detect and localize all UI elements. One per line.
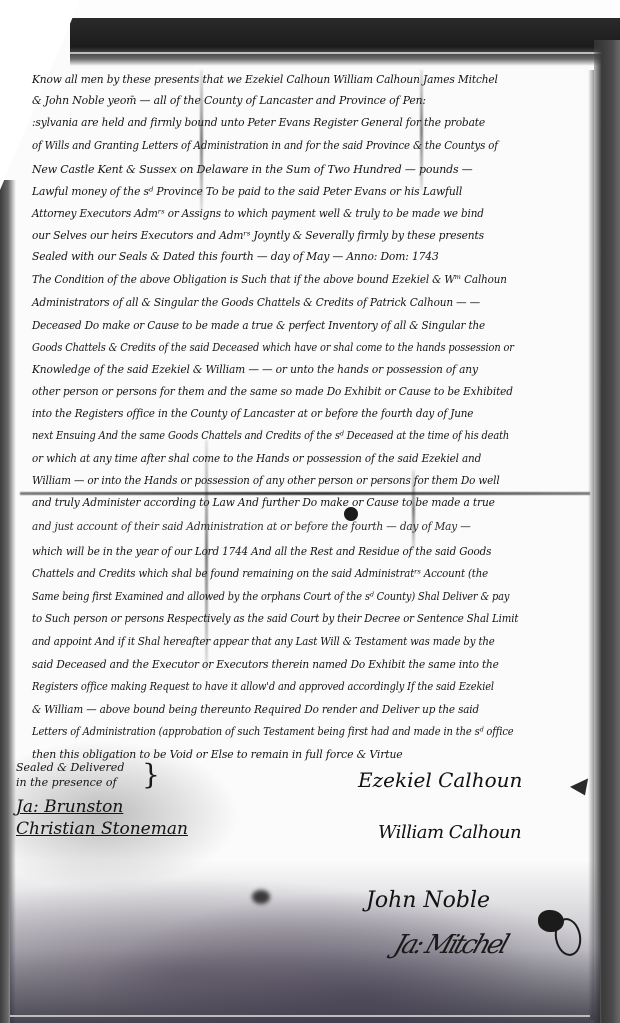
witness-signature: Ja: Brunston [16, 796, 236, 818]
text-line: Letters of Administration (approbation o… [32, 724, 514, 738]
witness-label: in the presence of [16, 775, 236, 790]
text-line: next Ensuing And the same Goods Chattels… [32, 428, 509, 442]
signature-william-calhoun: William Calhoun [378, 822, 521, 843]
brace-glyph: } [142, 760, 160, 790]
witness-block: Sealed & Delivered in the presence of } … [16, 760, 236, 840]
scanned-document: Know all men by these presents that we E… [0, 0, 620, 1023]
signature-john-noble: John Noble [366, 888, 490, 913]
text-line: Chattels and Credits which shal be found… [32, 566, 488, 580]
signature-ezekiel-calhoun: Ezekiel Calhoun [358, 768, 522, 792]
text-line: into the Registers office in the County … [32, 406, 473, 420]
text-line: of Wills and Granting Letters of Adminis… [32, 138, 498, 152]
text-line: which will be in the year of our Lord 17… [32, 544, 491, 558]
text-line: & John Noble yeom̄ — all of the County o… [32, 93, 426, 107]
paper-stain-bottom [10, 860, 600, 1023]
text-line: Attorney Executors Admʳˢ or Assigns to w… [32, 206, 484, 220]
text-line: then this obligation to be Void or Else … [32, 747, 403, 761]
text-line: Administrators of all & Singular the Goo… [32, 295, 480, 309]
scan-edge-line [70, 52, 610, 54]
condition-heading-line: The Condition of the above Obligation is… [32, 272, 507, 286]
text-line: or which at any time after shal come to … [32, 451, 481, 465]
text-line: Registers office making Request to have … [32, 679, 494, 693]
scan-shadow-band [70, 18, 620, 66]
text-line-faded: and just account of their said Administr… [32, 519, 471, 533]
scan-edge-line-bottom [10, 1015, 590, 1017]
signature-mark-mitchel: Ja: Mitchel [390, 930, 510, 960]
witness-signature: Christian Stoneman [16, 818, 236, 840]
text-line: New Castle Kent & Sussex on Delaware in … [32, 162, 473, 176]
text-line: William — or into the Hands or possessio… [32, 473, 500, 487]
text-line: said Deceased and the Executor or Execut… [32, 657, 499, 671]
text-line: and appoint And if it Shal hereafter app… [32, 634, 495, 648]
text-line: other person or persons for them and the… [32, 384, 513, 398]
text-line: our Selves our heirs Executors and Admʳˢ… [32, 228, 484, 242]
text-line: Deceased Do make or Cause to be made a t… [32, 318, 485, 332]
text-line: Same being first Examined and allowed by… [32, 589, 509, 603]
witness-label: Sealed & Delivered [16, 760, 236, 775]
text-line: and truly Administer according to Law An… [32, 495, 495, 509]
text-line: :sylvania are held and firmly bound unto… [32, 115, 485, 129]
scan-margin-top [0, 0, 620, 18]
text-line: Goods Chattels & Credits of the said Dec… [32, 340, 514, 354]
text-line: Lawful money of the sᵈ Province To be pa… [32, 184, 462, 198]
ink-smudge [252, 890, 270, 904]
text-line: & William — above bound being thereunto … [32, 702, 479, 716]
text-line-date: Sealed with our Seals & Dated this fourt… [32, 249, 439, 263]
text-line: to Such person or persons Respectively a… [32, 611, 518, 625]
text-line: Knowledge of the said Ezekiel & William … [32, 362, 478, 376]
text-line: Know all men by these presents that we E… [32, 72, 498, 86]
